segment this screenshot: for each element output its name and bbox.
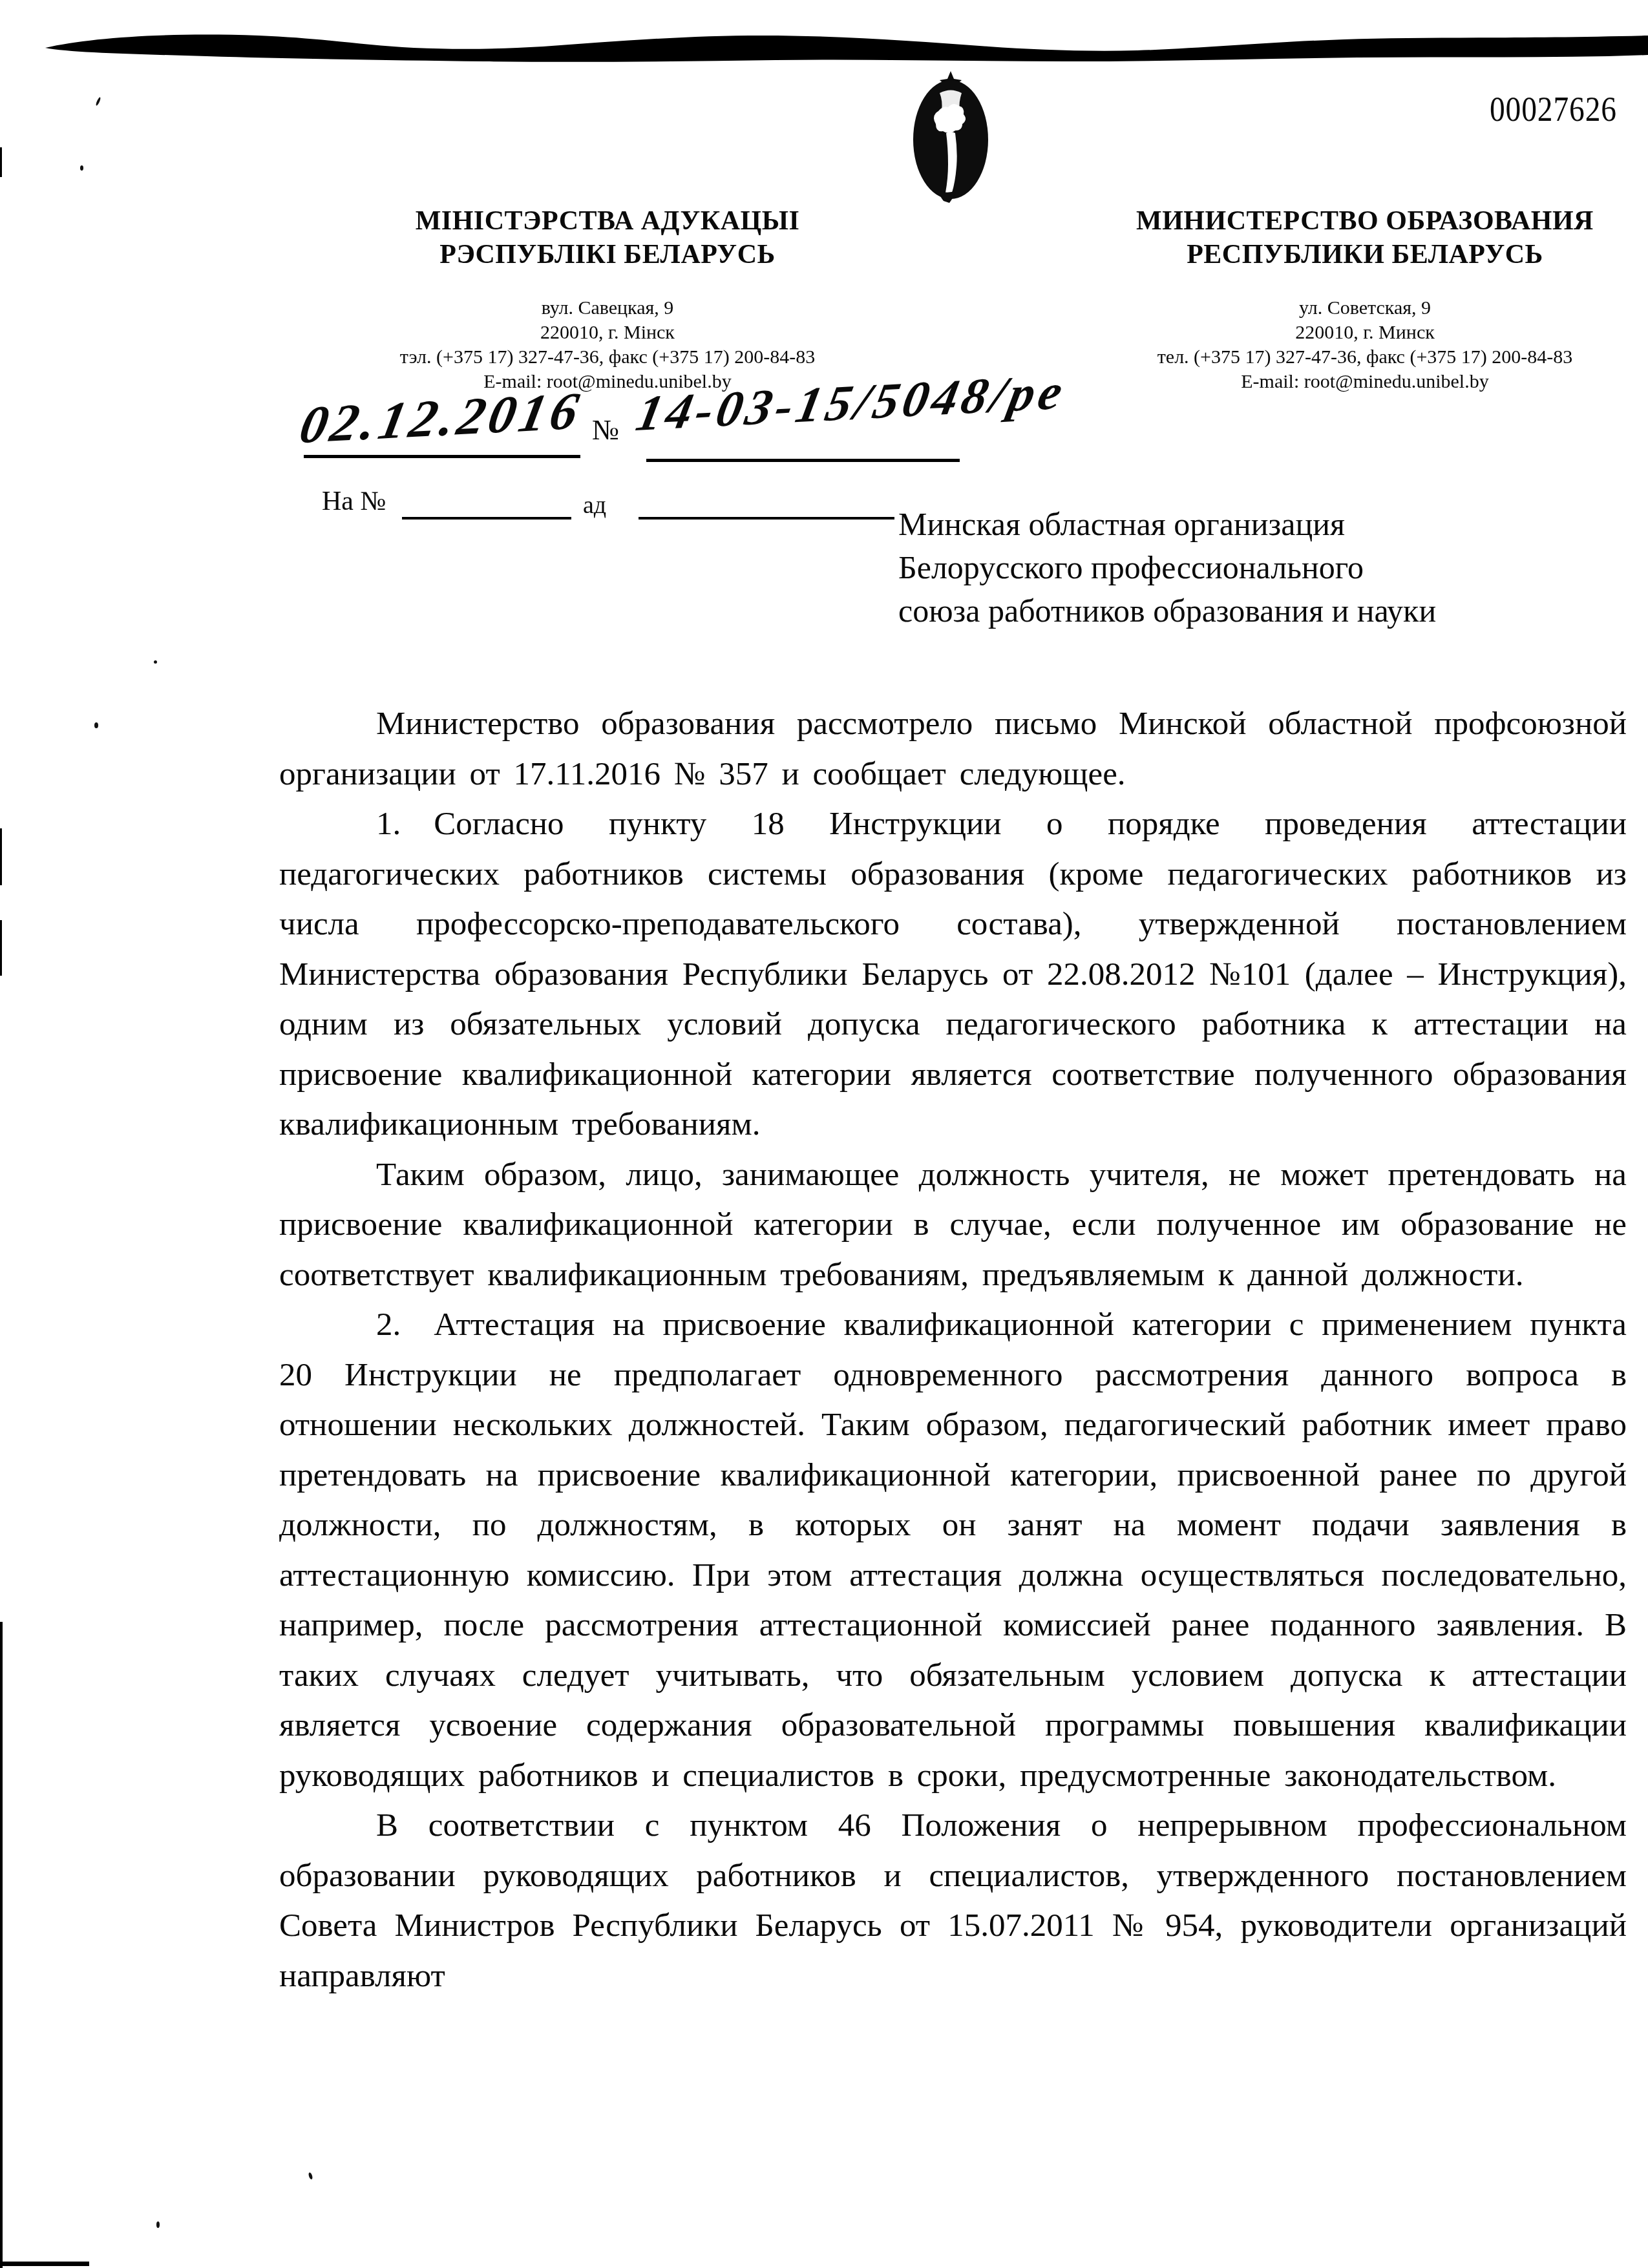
body-paragraph-intro: Министерство образования рассмотрело пис… (279, 699, 1627, 799)
letter-body: Министерство образования рассмотрело пис… (279, 699, 1627, 2001)
addressee-line1: Минская областная организация (898, 503, 1635, 546)
on-number-blank (402, 517, 571, 520)
from-date-blank (639, 517, 894, 520)
org-title-ru: МИНИСТЕРСТВО ОБРАЗОВАНИЯ РЕСПУБЛИКИ БЕЛА… (1093, 204, 1636, 271)
org-title-ru-line2: РЕСПУБЛИКИ БЕЛАРУСЬ (1093, 238, 1636, 271)
scan-left-edge-mark (0, 828, 2, 885)
registration-number: 00027626 (1490, 89, 1617, 129)
number-sign-label: № (592, 414, 619, 446)
letterhead-left: МІНІСТЭРСТВА АДУКАЦЫІ РЭСПУБЛІКІ БЕЛАРУС… (349, 204, 866, 394)
scan-left-edge-mark (0, 920, 2, 976)
coat-of-arms-belarus-icon (903, 70, 998, 207)
body-paragraph-point1: 1. Согласно пункту 18 Инструкции о поряд… (279, 799, 1627, 1150)
from-date-label: ад (583, 491, 606, 520)
scan-speck (308, 2172, 313, 2179)
org-title-by: МІНІСТЭРСТВА АДУКАЦЫІ РЭСПУБЛІКІ БЕЛАРУС… (349, 204, 866, 271)
scan-left-edge-line (0, 1622, 3, 2268)
org-address-ru-city: 220010, г. Минск (1093, 320, 1636, 345)
scan-speck (154, 660, 157, 664)
org-address-ru: ул. Советская, 9 220010, г. Минск тел. (… (1093, 296, 1636, 394)
org-address-ru-street: ул. Советская, 9 (1093, 296, 1636, 320)
org-address-by-phone: тэл. (+375 17) 327-47-36, факс (+375 17)… (349, 345, 866, 370)
org-title-by-line2: РЭСПУБЛІКІ БЕЛАРУСЬ (349, 238, 866, 271)
letterhead-right: МИНИСТЕРСТВО ОБРАЗОВАНИЯ РЕСПУБЛИКИ БЕЛА… (1093, 204, 1636, 394)
scan-left-edge-mark (0, 147, 2, 177)
scan-bottom-edge-mark (0, 2262, 89, 2266)
org-address-ru-email: E-mail: root@minedu.unibel.by (1093, 370, 1636, 394)
org-title-by-line1: МІНІСТЭРСТВА АДУКАЦЫІ (349, 204, 866, 238)
scan-speck (94, 722, 98, 728)
scan-speck (95, 97, 101, 106)
on-number-label: На № (322, 486, 386, 517)
scan-speck (80, 165, 83, 171)
handwritten-date: 02.12.2016 (295, 381, 587, 456)
org-address-ru-phone: тел. (+375 17) 327-47-36, факс (+375 17)… (1093, 345, 1636, 370)
addressee-line2: Белорусского профессионального (898, 546, 1635, 589)
org-title-ru-line1: МИНИСТЕРСТВО ОБРАЗОВАНИЯ (1093, 204, 1636, 238)
scan-top-edge-bar (0, 14, 1648, 85)
scan-speck (156, 2221, 160, 2228)
body-paragraph-point1-conclusion: Таким образом, лицо, занимающее должност… (279, 1150, 1627, 1301)
addressee-block: Минская областная организация Белорусско… (898, 503, 1635, 633)
org-address-by-street: вул. Савецкая, 9 (349, 296, 866, 320)
addressee-line3: союза работников образования и науки (898, 589, 1635, 633)
body-paragraph-point46: В соответствии с пунктом 46 Положения о … (279, 1801, 1627, 2001)
scanned-letter-page: 00027626 МІНІСТЭРСТВА АДУКАЦЫІ РЭСПУБЛІК… (0, 0, 1648, 2268)
body-paragraph-point2: 2. Аттестация на присвоение квалификацио… (279, 1300, 1627, 1801)
org-address-by-city: 220010, г. Мінск (349, 320, 866, 345)
number-underline (646, 459, 960, 462)
date-underline (304, 455, 580, 458)
